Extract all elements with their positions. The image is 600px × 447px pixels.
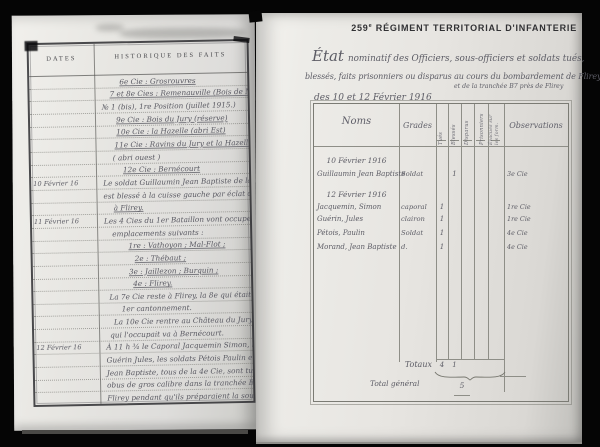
- tues-mark: 1: [436, 203, 448, 211]
- gutter-notch: [248, 10, 262, 22]
- date-cell: 11 Février 16: [32, 216, 100, 228]
- total-general-label: Total général: [370, 379, 432, 388]
- observation: 1re Cie: [507, 215, 565, 223]
- regiment-title: 259e RÉGIMENT TERRITORIAL D'INFANTERIE: [351, 23, 577, 33]
- date-subheader: 12 Février 1916: [314, 190, 399, 199]
- column-line: [448, 104, 449, 359]
- grades-header: Grades: [399, 121, 436, 130]
- register-rows: 6e Cie : Grosrouvres7 et 8e Cies : Remen…: [29, 73, 253, 405]
- heading-line1-rest: nominatif des Officiers, sous-officiers …: [348, 54, 584, 64]
- observation: 1re Cie: [507, 203, 565, 211]
- regiment-ordinal: e: [369, 23, 373, 29]
- rotated-column-header: Disparus: [465, 108, 470, 145]
- soldier-name: Morand, Jean Baptiste: [317, 243, 401, 251]
- heading-interline: et de la tranchée B7 près de Flirey: [454, 83, 563, 90]
- page-edge-shadow: [22, 430, 248, 434]
- date-cell: [35, 404, 103, 405]
- rotated-column-header: Blessés: [452, 108, 457, 145]
- totals-brace: [434, 369, 506, 381]
- date-cell: 12 Février 16: [34, 342, 102, 354]
- column-line: [474, 104, 475, 359]
- soldier-name: Guérin, Jules: [317, 215, 401, 223]
- date-subheader: 10 Février 1916: [314, 156, 399, 165]
- column-line: [504, 104, 505, 392]
- scan-smudge: [120, 27, 246, 39]
- regiment-number: 259: [351, 23, 368, 33]
- totals-rule: [436, 359, 504, 360]
- historique-table: DATES HISTORIQUE DES FAITS 6e Cie : Gros…: [27, 39, 256, 407]
- scan-smudge: [96, 24, 124, 31]
- heading-line3: des 10 et 12 Février 1916: [314, 93, 432, 103]
- historique-text: Flirey pendant qu'ils préparaient la sou…: [103, 390, 253, 404]
- totals-label: Totaux: [374, 360, 432, 369]
- heading-line2: blessés, faits prisonniers ou disparus a…: [305, 72, 600, 81]
- heading-line1: Étatnominatif des Officiers, sous-offici…: [312, 47, 584, 65]
- heading-lead: État: [312, 47, 344, 65]
- regiment-name: RÉGIMENT TERRITORIAL D'INFANTERIE: [376, 23, 577, 33]
- totals-blesses: 1: [448, 361, 461, 369]
- total-general-value: 5: [454, 381, 470, 390]
- soldier-grade: d.: [401, 243, 435, 251]
- historique-column-header: HISTORIQUE DES FAITS: [94, 51, 247, 61]
- scanned-register-spread: DATES HISTORIQUE DES FAITS 6e Cie : Gros…: [0, 0, 600, 447]
- observation: 4e Cie: [507, 243, 565, 251]
- rotated-column-header: Prisonniers: [480, 108, 485, 145]
- observation: 3e Cie: [507, 170, 565, 178]
- column-line: [461, 104, 462, 359]
- tues-mark: 1: [436, 215, 448, 223]
- observation: 4e Cie: [507, 229, 565, 237]
- dates-column-header: DATES: [29, 55, 94, 63]
- rotated-column-header: Tués: [439, 108, 444, 145]
- noms-header: Noms: [314, 116, 399, 127]
- ink-blot: [24, 41, 37, 51]
- soldier-name: Pétois, Paulin: [317, 229, 401, 237]
- totals-tues: 4: [436, 361, 448, 369]
- left-page: DATES HISTORIQUE DES FAITS 6e Cie : Gros…: [12, 14, 258, 430]
- tues-mark: 1: [436, 229, 448, 237]
- ink-blot: [233, 36, 249, 43]
- tues-mark: 1: [436, 243, 448, 251]
- header-rule: [314, 146, 568, 147]
- observations-header: Observations: [504, 121, 568, 130]
- soldier-grade: Soldat: [401, 170, 435, 178]
- soldier-grade: Soldat: [401, 229, 435, 237]
- right-page: 259e RÉGIMENT TERRITORIAL D'INFANTERIE É…: [256, 13, 582, 444]
- rotated-column-header: les form.: [496, 108, 501, 145]
- soldier-grade: caporal: [401, 203, 435, 211]
- blesses-mark: 1: [448, 170, 461, 178]
- obs-rule: [500, 376, 526, 377]
- casualty-table: Noms Grades TuésBlessésDisparusPrisonnie…: [313, 103, 569, 402]
- soldier-name: Guillaumin Jean Baptiste: [317, 170, 401, 178]
- date-cell: 10 Février 16: [31, 178, 99, 190]
- total-underline: [454, 395, 470, 396]
- soldier-grade: clairon: [401, 215, 435, 223]
- soldier-name: Jacquemin, Simon: [317, 203, 401, 211]
